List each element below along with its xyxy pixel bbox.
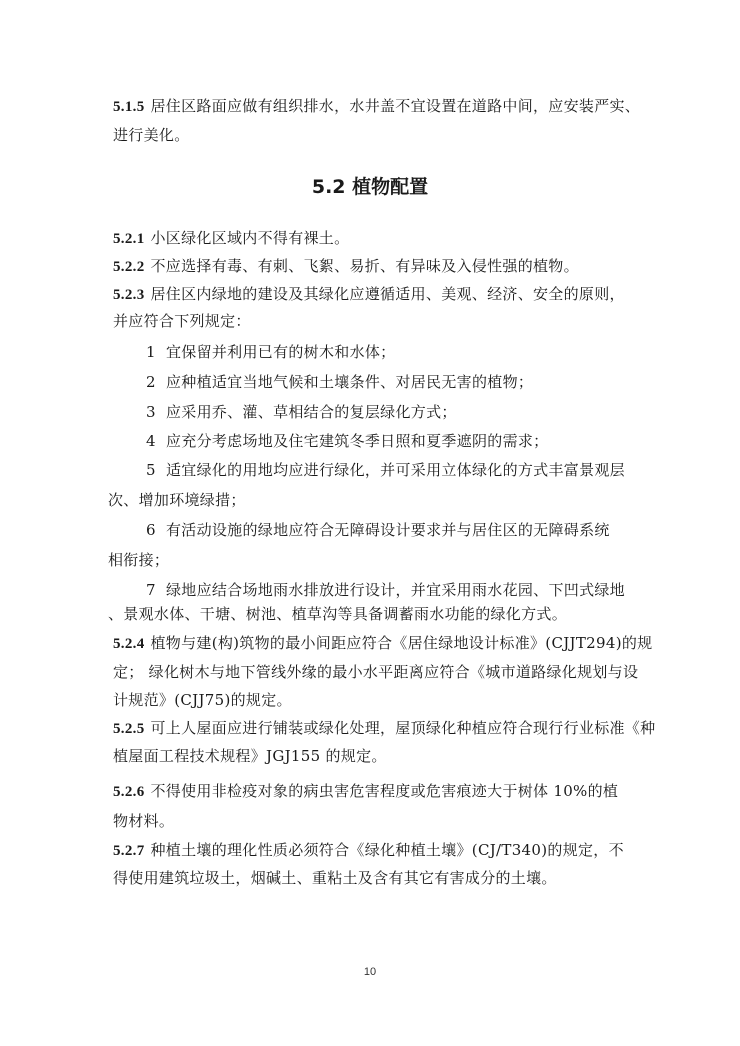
list-item-6-cont: 相衔接； — [108, 550, 169, 570]
list-item-7-cont: 、景观水体、干塘、树池、植草沟等具备调蓄雨水功能的绿化方式。 — [108, 604, 567, 624]
list-item-3: 3 应采用乔、灌、草相结合的复层绿化方式； — [146, 402, 457, 422]
clause-number: 5.2.5 — [113, 721, 145, 737]
list-item-6: 6 有活动设施的绿地应符合无障碍设计要求并与居住区的无障碍系统 — [146, 520, 610, 540]
clause-number: 5.1.5 — [113, 99, 145, 115]
clause-number: 5.2.1 — [113, 231, 145, 247]
clause-number: 5.2.4 — [113, 636, 145, 652]
clause-5-2-5-line2: 植屋面工程技术规程》JGJ155 的规定。 — [113, 746, 387, 766]
list-item-5: 5 适宜绿化的用地均应进行绿化，并可采用立体绿化的方式丰富景观层 — [146, 460, 625, 480]
list-item-7: 7 绿地应结合场地雨水排放进行设计，并宜采用雨水花园、下凹式绿地 — [146, 580, 625, 600]
list-item-1: 1 宜保留并利用已有的树木和水体； — [146, 342, 396, 362]
clause-5-2-7-line1: 5.2.7种植土壤的理化性质必须符合《绿化种植土壤》(CJ/T340)的规定，不 — [113, 840, 624, 861]
clause-number: 5.2.3 — [113, 287, 145, 303]
clause-5-2-6-line1: 5.2.6不得使用非检疫对象的病虫害危害程度或危害痕迹大于树体 10%的植 — [113, 781, 618, 802]
clause-5-2-4-line3: 计规范》(CJJ75)的规定。 — [113, 690, 292, 710]
page-number: 10 — [0, 966, 740, 978]
clause-number: 5.2.2 — [113, 259, 145, 275]
clause-5-2-1: 5.2.1小区绿化区域内不得有裸土。 — [113, 228, 349, 249]
clause-number: 5.2.6 — [113, 784, 145, 800]
clause-5-2-3-line1: 5.2.3居住区内绿地的建设及其绿化应遵循适用、美观、经济、安全的原则， — [113, 284, 625, 305]
clause-5-1-5-line2: 进行美化。 — [113, 125, 190, 145]
clause-5-2-7-line2: 得使用建筑垃圾土，烟碱土、重粘土及含有其它有害成分的土壤。 — [113, 868, 557, 888]
list-item-2: 2 应种植适宜当地气候和土壤条件、对居民无害的植物； — [146, 372, 533, 392]
section-heading: 5.2 植物配置 — [0, 172, 740, 199]
clause-5-2-3-line2: 并应符合下列规定： — [113, 311, 251, 331]
list-item-4: 4 应充分考虑场地及住宅建筑冬季日照和夏季遮阴的需求； — [146, 431, 549, 451]
clause-number: 5.2.7 — [113, 843, 145, 859]
clause-5-2-4-line1: 5.2.4植物与建(构)筑物的最小间距应符合《居住绿地设计标准》(CJJT294… — [113, 633, 652, 654]
document-page: 5.1.5居住区路面应做有组织排水，水井盖不宜设置在道路中间，应安装严实、 进行… — [0, 0, 740, 1046]
clause-5-2-4-line2: 定； 绿化树木与地下管线外缘的最小水平距离应符合《城市道路绿化规划与设 — [113, 662, 638, 682]
clause-5-2-2: 5.2.2不应选择有毒、有刺、飞絮、易折、有异味及入侵性强的植物。 — [113, 256, 579, 277]
clause-5-2-6-line2: 物材料。 — [113, 811, 174, 831]
clause-5-2-5-line1: 5.2.5可上人屋面应进行铺装或绿化处理，屋顶绿化种植应符合现行行业标准《种 — [113, 718, 655, 739]
list-item-5-cont: 次、增加环境绿措； — [108, 490, 246, 510]
clause-5-1-5-line1: 5.1.5居住区路面应做有组织排水，水井盖不宜设置在道路中间，应安装严实、 — [113, 96, 640, 117]
